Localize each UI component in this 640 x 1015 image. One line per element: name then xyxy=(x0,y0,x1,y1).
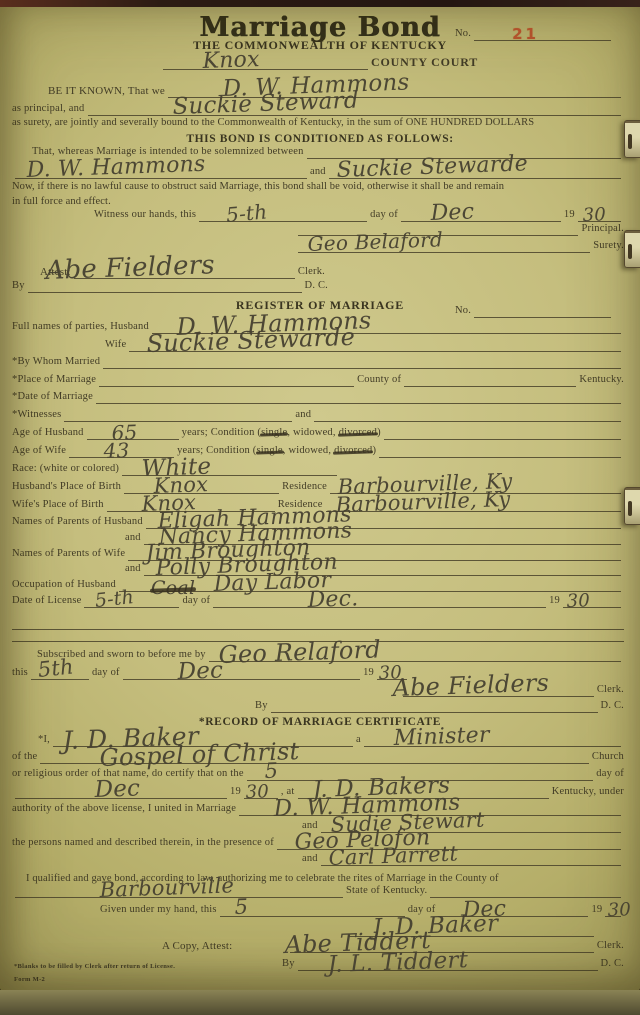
parents-husband-and-row: and Nancy Hammons xyxy=(12,529,624,545)
bond-year-handwritten: 30 xyxy=(582,206,606,225)
witnesses-row: *Witnesses and xyxy=(12,406,624,422)
bond-names-row: D. W. Hammons and Suckie Stewarde xyxy=(12,161,624,179)
condition-blank-h xyxy=(384,423,621,440)
cert-by-blank: J. L. Tiddert xyxy=(298,953,598,971)
date-of-marriage-label: *Date of Marriage xyxy=(12,391,93,404)
cert-dc-label: D. C. xyxy=(601,958,624,971)
witnesses-blank1 xyxy=(64,405,292,422)
county-blank-line: Knox xyxy=(163,53,368,70)
bond-groom-blank: D. W. Hammons xyxy=(15,160,307,179)
cert-witness2-blank: Carl Parrett xyxy=(321,849,621,866)
cert-by-label: By xyxy=(282,958,295,971)
cert-state-blank xyxy=(430,881,621,898)
date-of-marriage-row: *Date of Marriage xyxy=(12,388,624,404)
sworn-by-row: By D. C. xyxy=(12,698,624,713)
sworn-clerk-signature: Abe Fielders xyxy=(392,671,549,700)
license-month-handwritten: Dec. xyxy=(307,588,359,612)
surety-sign-row: Geo Belaford Surety. xyxy=(12,237,624,253)
age-husband-row: Age of Husband 65 years; Condition ( sin… xyxy=(12,424,624,440)
sworn-name-handwritten: Geo Relaford xyxy=(218,637,381,667)
state-label: State of Kentucky. xyxy=(346,885,427,898)
condition-paren-w: ) xyxy=(373,445,377,458)
place-label: *Place of Marriage xyxy=(12,374,96,387)
surety-signature-handwritten: Geo Belaford xyxy=(307,229,443,254)
commonwealth-heading: THE COMMONWEALTH OF KENTUCKY xyxy=(0,38,640,53)
surety-name-handwritten: Suckie Steward xyxy=(172,90,359,119)
surety-sign-blank: Geo Belaford xyxy=(298,236,590,253)
cert-month-blank: Dec xyxy=(15,781,227,799)
sworn-day-handwritten: 5th xyxy=(37,656,75,681)
occupation-blank: Coal Day Labor xyxy=(119,575,621,592)
age-wife-row: Age of Wife 43 years; Condition ( single… xyxy=(12,442,624,458)
given-row: Given under my hand, this 5 day of Dec 1… xyxy=(12,900,624,917)
wife-birth-label: Wife's Place of Birth xyxy=(12,499,104,512)
license-year-blank: 30 xyxy=(563,591,621,608)
attest-row: Attest: Abe Fielders Clerk. xyxy=(12,258,325,279)
condition-widowed-w: , widowed, xyxy=(283,445,331,458)
document-page: Marriage Bond No. 21 THE COMMONWEALTH OF… xyxy=(0,7,640,991)
county-of-label: County of xyxy=(357,374,401,387)
place-blank xyxy=(99,370,354,387)
condition-single-struck-h: single xyxy=(261,427,287,440)
bond-number-stamp: 21 xyxy=(512,27,539,42)
license-day-handwritten: 5-th xyxy=(94,588,135,611)
occupation-struck-handwritten: Coal xyxy=(151,577,195,599)
kentucky-label: Kentucky. xyxy=(579,374,624,387)
surety-name-blank: Suckie Steward xyxy=(88,99,621,116)
sworn-name-blank: Geo Relaford xyxy=(209,643,621,662)
minister-title-blank: Minister xyxy=(364,728,621,747)
authority-clause: authority of the above license, I united… xyxy=(12,803,236,816)
bond-bride-blank: Suckie Stewarde xyxy=(329,160,621,179)
cert-month-handwritten: Dec xyxy=(94,777,140,802)
age-husband-label: Age of Husband xyxy=(12,427,84,440)
condition-blank-w xyxy=(379,441,621,458)
condition-divorced-struck-h: divorced xyxy=(339,427,377,440)
cert-county-blank: Barbourville xyxy=(15,881,343,898)
cert-day-handwritten: 5 xyxy=(264,761,278,782)
license-label: Date of License xyxy=(12,595,81,608)
divider-line-1 xyxy=(12,629,624,630)
condition-label-h: years; Condition ( xyxy=(182,427,261,440)
sworn-clerk-row: Abe Fielders Clerk. xyxy=(12,678,624,697)
as-principal-label: as principal, and xyxy=(12,103,85,116)
bond-and-label: and xyxy=(310,166,326,179)
given-day-handwritten: 5 xyxy=(234,897,248,918)
bond-dc-label: D. C. xyxy=(305,280,328,293)
as-principal-row: as principal, and Suckie Steward xyxy=(12,100,624,116)
deputy-signature-handwritten: J. L. Tiddert xyxy=(327,949,468,977)
register-wife-blank: Suckie Stewarde xyxy=(129,334,621,352)
witnesses-and-label: and xyxy=(295,409,311,422)
age-wife-label: Age of Wife xyxy=(12,445,66,458)
register-wife-handwritten: Suckie Stewarde xyxy=(147,325,356,356)
sworn-clerk-blank: Abe Fielders xyxy=(403,677,594,697)
cert-and-label2: and xyxy=(302,853,318,866)
church-row: of the Gospel of Christ Church xyxy=(12,747,624,764)
church-blank: Gospel of Christ xyxy=(40,746,588,764)
sworn-by-label: By xyxy=(255,700,268,713)
bond-month-handwritten: Dec xyxy=(430,201,474,225)
given-year-handwritten: 30 xyxy=(608,901,632,920)
copy-attest-label: A Copy, Attest: xyxy=(162,940,232,953)
husband-residence-label: Residence xyxy=(282,481,327,494)
license-year-prefix: 19 xyxy=(549,595,560,608)
void-clause: Now, if there is no lawful cause to obst… xyxy=(12,181,624,192)
age-husband-blank: 65 xyxy=(87,423,179,440)
of-the-label: of the xyxy=(12,751,37,764)
full-names-label: Full names of parties, Husband xyxy=(12,321,149,334)
metal-fastener-bottom xyxy=(624,487,640,525)
given-label: Given under my hand, this xyxy=(100,904,217,917)
cert-county-handwritten: Barbourville xyxy=(99,875,234,901)
bond-groom-handwritten: D. W. Hammons xyxy=(26,154,206,182)
surety-clause: as surety, are jointly and severally bou… xyxy=(12,117,624,128)
cert-year-handwritten: 30 xyxy=(245,783,269,802)
given-year-prefix: 19 xyxy=(591,904,602,917)
bond-day-handwritten: 5-th xyxy=(225,201,268,225)
age-wife-handwritten: 43 xyxy=(103,440,130,461)
sworn-month-handwritten: Dec xyxy=(177,659,223,684)
wife-residence-blank: Barbourville, Ky xyxy=(326,495,621,512)
license-row: Date of License 5-th day of Dec. 19 30 xyxy=(12,592,624,608)
attest-signature-handwritten: Abe Fielders xyxy=(45,252,215,284)
church-label: Church xyxy=(592,751,624,764)
attest-sig-blank: Abe Fielders xyxy=(74,257,295,279)
scan-bottom-shadow xyxy=(0,990,640,1015)
by-whom-row: *By Whom Married xyxy=(12,353,624,369)
metal-fastener-top xyxy=(624,120,640,158)
metal-fastener-middle xyxy=(624,230,640,268)
surety-label: Surety. xyxy=(593,240,624,253)
witnesses-label: *Witnesses xyxy=(12,409,61,422)
presence-row: the persons named and described therein,… xyxy=(12,834,624,850)
parents-husband-label: Names of Parents of Husband xyxy=(12,516,143,529)
copy-attest-row: A Copy, Attest: Abe Tiddert Clerk. xyxy=(12,936,624,953)
county-of-blank xyxy=(404,370,576,387)
register-wife-row: Wife Suckie Stewarde xyxy=(12,335,624,352)
place-of-marriage-row: *Place of Marriage County of Kentucky. xyxy=(12,371,624,387)
by-whom-label: *By Whom Married xyxy=(12,356,100,369)
condition-divorced-struck-w: divorced xyxy=(334,445,372,458)
county-handwritten: Knox xyxy=(202,49,260,73)
condition-widowed-h: , widowed, xyxy=(287,427,335,440)
be-it-known-label: BE IT KNOWN, That we xyxy=(48,85,165,98)
scan-top-shadow xyxy=(0,0,640,7)
county-court-row: Knox COUNTY COURT xyxy=(12,54,624,70)
county-court-label: COUNTY COURT xyxy=(371,56,478,70)
bond-year-blank: 30 xyxy=(578,204,621,222)
license-year-handwritten: 30 xyxy=(566,592,590,611)
witnesses-blank2 xyxy=(314,405,621,422)
sworn-row: Subscribed and sworn to before me by Geo… xyxy=(12,644,624,662)
cert-witness2-handwritten: Carl Parrett xyxy=(328,843,458,869)
minister-title-handwritten: Minister xyxy=(393,725,490,750)
husband-birth-row: Husband's Place of Birth Knox Residence … xyxy=(12,478,624,494)
race-label: Race: (white or colored) xyxy=(12,463,119,476)
wife-label: Wife xyxy=(105,339,126,352)
cert-county-row: Barbourville State of Kentucky. xyxy=(12,882,624,898)
footnote-form-number: Form M-2 xyxy=(14,976,45,983)
sworn-dc-label: D. C. xyxy=(601,700,624,713)
cert-day-of-label: day of xyxy=(596,768,624,781)
presence-clause: the persons named and described therein,… xyxy=(12,837,274,850)
husband-birth-label: Husband's Place of Birth xyxy=(12,481,121,494)
bond-bride-handwritten: Suckie Stewarde xyxy=(336,153,528,182)
cert-clerk-label: Clerk. xyxy=(597,940,624,953)
date-of-marriage-blank xyxy=(96,387,621,404)
given-year-blank: 30 xyxy=(605,899,621,917)
sworn-clerk-label: Clerk. xyxy=(597,684,624,697)
footnote-blanks: *Blanks to be filled by Clerk after retu… xyxy=(14,963,175,970)
condition-single-struck-w: single xyxy=(257,445,283,458)
scanned-marriage-bond-document: Marriage Bond No. 21 THE COMMONWEALTH OF… xyxy=(0,0,640,1015)
bond-by-label: By xyxy=(12,280,25,293)
